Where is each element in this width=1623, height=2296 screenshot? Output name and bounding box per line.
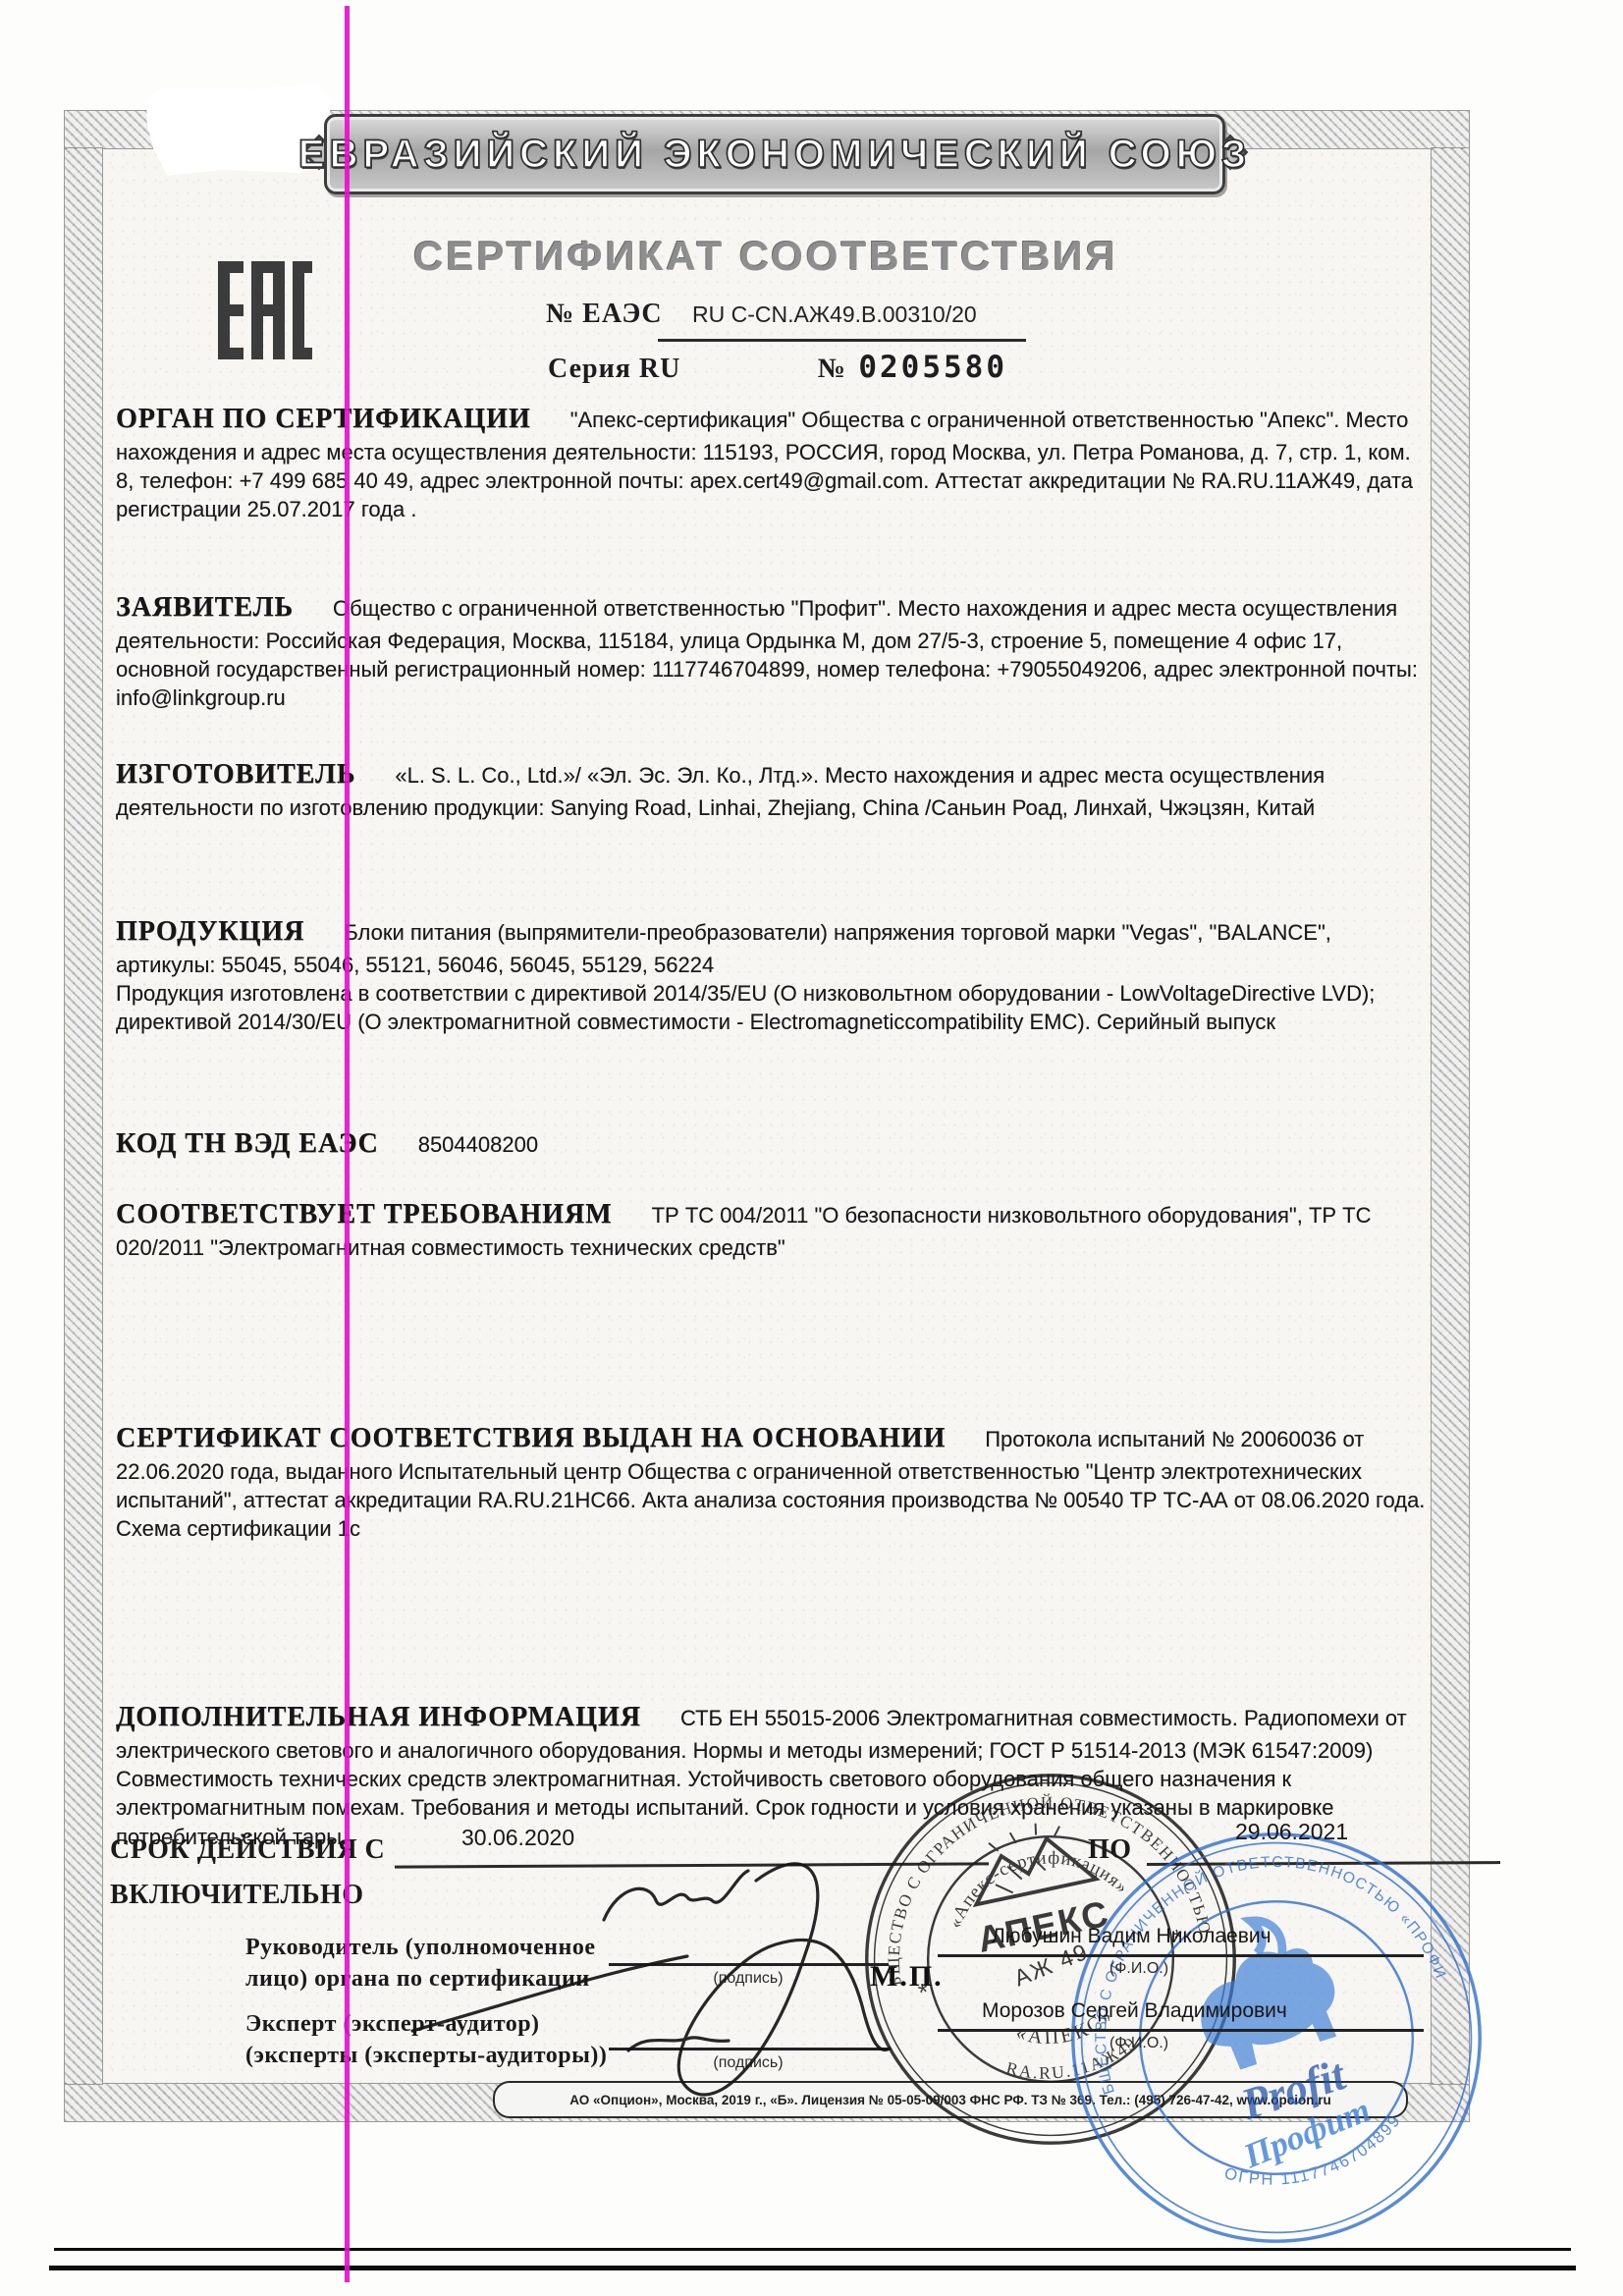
section-issue-basis: СЕРТИФИКАТ СООТВЕТСТВИЯ ВЫДАН НА ОСНОВАН…	[116, 1420, 1432, 1544]
series-number: 0205580	[858, 350, 1007, 385]
validity-to-date: 29.06.2021	[1235, 1819, 1348, 1845]
section-additional-info-label: ДОПОЛНИТЕЛЬНАЯ ИНФОРМАЦИЯ	[116, 1702, 641, 1732]
bottom-scan-line-2	[49, 2266, 1576, 2270]
series-number-sign: №	[818, 354, 846, 384]
magenta-calibration-line	[345, 6, 350, 2282]
section-applicant: ЗАЯВИТЕЛЬОбщество с ограниченной ответст…	[116, 589, 1432, 713]
series-label: Серия RU	[548, 354, 680, 384]
border-band-left	[64, 147, 103, 2085]
border-band-right	[1431, 147, 1470, 2085]
expert-name-line	[938, 2029, 1424, 2032]
union-banner: ЕВРАЗИЙСКИЙ ЭКОНОМИЧЕСКИЙ СОЮЗ	[324, 114, 1225, 194]
validity-from-date: 30.06.2020	[461, 1825, 574, 1851]
section-certification-body-label: ОРГАН ПО СЕРТИФИКАЦИИ	[116, 404, 531, 434]
head-name: Любушин Вадим Николаевич	[992, 1925, 1271, 1948]
section-tnved-code: КОД ТН ВЭД ЕАЭС8504408200	[116, 1125, 1432, 1163]
handwritten-signatures	[373, 1856, 1001, 2121]
section-applicant-text: Общество с ограниченной ответственностью…	[116, 596, 1418, 710]
section-product: ПРОДУКЦИЯБлоки питания (выпрямители-прео…	[116, 913, 1432, 1037]
section-issue-basis-label: СЕРТИФИКАТ СООТВЕТСТВИЯ ВЫДАН НА ОСНОВАН…	[116, 1423, 946, 1453]
section-manufacturer-label: ИЗГОТОВИТЕЛЬ	[116, 759, 355, 790]
section-certification-body: ОРГАН ПО СЕРТИФИКАЦИИ"Апекс-сертификация…	[116, 401, 1432, 524]
expert-name: Морозов Сергей Владимирович	[982, 1999, 1287, 2023]
expert-fio-caption: (Ф.И.О.)	[1041, 2035, 1237, 2052]
section-tnved-label: КОД ТН ВЭД ЕАЭС	[116, 1128, 379, 1159]
validity-to-label: ПО	[1088, 1834, 1132, 1866]
union-banner-title: ЕВРАЗИЙСКИЙ ЭКОНОМИЧЕСКИЙ СОЮЗ	[298, 133, 1251, 177]
section-requirements-label: СООТВЕТСТВУЕТ ТРЕБОВАНИЯМ	[116, 1199, 613, 1230]
validity-inclusive-label: ВКЛЮЧИТЕЛЬНО	[110, 1880, 364, 1911]
section-applicant-label: ЗАЯВИТЕЛЬ	[116, 592, 294, 623]
certificate-scan-page: ЕВРАЗИЙСКИЙ ЭКОНОМИЧЕСКИЙ СОЮЗ СЕРТИФИКА…	[0, 0, 1623, 2296]
cert-number-value: RU C-CN.АЖ49.B.00310/20	[692, 301, 977, 327]
cert-number-underline	[658, 339, 1026, 342]
cert-number-label: № ЕАЭС	[546, 299, 663, 329]
head-name-line	[938, 1954, 1424, 1957]
section-tnved-value: 8504408200	[418, 1132, 538, 1157]
section-product-label: ПРОДУКЦИЯ	[116, 916, 304, 947]
section-product-text2: Продукция изготовлена в соответствии с д…	[116, 979, 1432, 1037]
head-fio-caption: (Ф.И.О.)	[1041, 1960, 1237, 1978]
section-requirements: СООТВЕТСТВУЕТ ТРЕБОВАНИЯМТР ТС 004/2011 …	[116, 1196, 1432, 1262]
document-title: СЕРТИФИКАТ СООТВЕТСТВИЯ	[0, 233, 1532, 280]
section-manufacturer: ИЗГОТОВИТЕЛЬ«L. S. L. Co., Ltd.»/ «Эл. Э…	[116, 756, 1432, 822]
